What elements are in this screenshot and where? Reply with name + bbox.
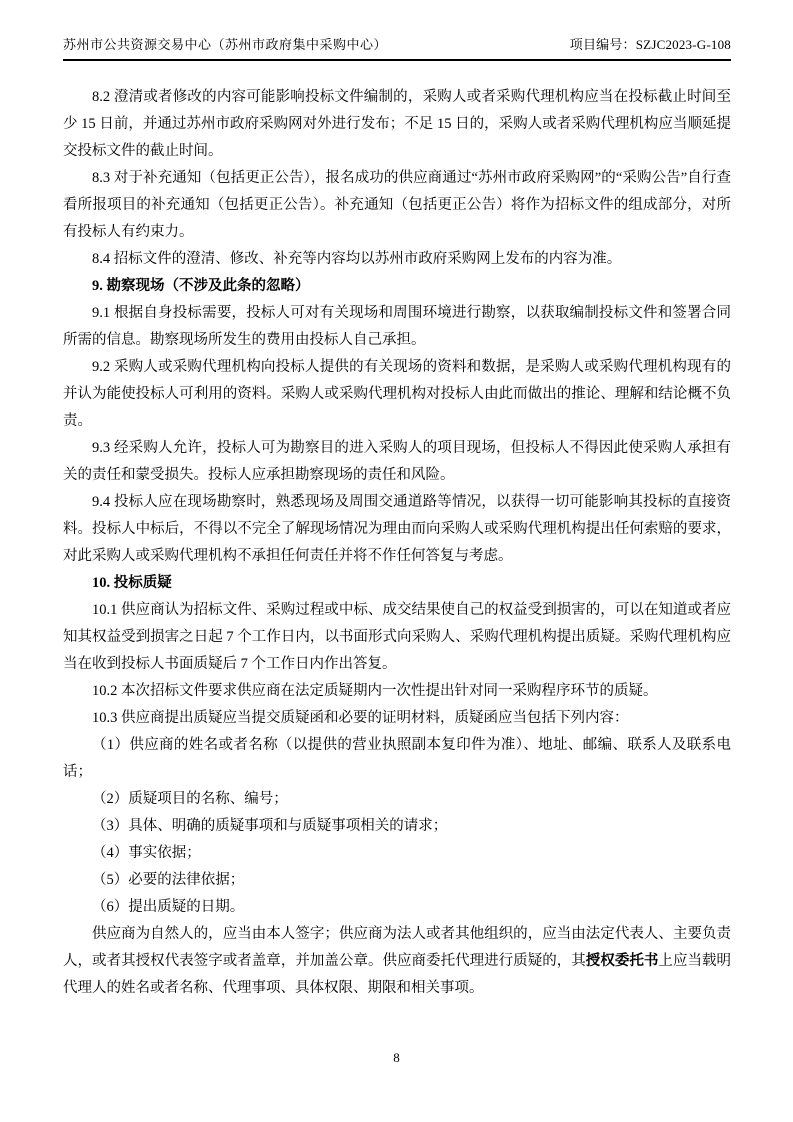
list-item-1: （1）供应商的姓名或者名称（以提供的营业执照副本复印件为准）、地址、邮编、联系人…: [63, 732, 731, 786]
section-heading-9: 9. 勘察现场（不涉及此条的忽略）: [63, 273, 731, 300]
document-page: 苏州市公共资源交易中心（苏州市政府集中采购中心） 项目编号：SZJC2023-G…: [0, 0, 793, 1122]
paragraph-9-4: 9.4 投标人应在现场勘察时，熟悉现场及周围交通道路等情况，以获得一切可能影响其…: [63, 489, 731, 570]
header-org-title: 苏州市公共资源交易中心（苏州市政府集中采购中心）: [63, 36, 387, 54]
paragraph-9-2: 9.2 采购人或采购代理机构向投标人提供的有关现场的资料和数据，是采购人或采购代…: [63, 354, 731, 435]
paragraph-9-3: 9.3 经采购人允许，投标人可为勘察目的进入采购人的项目现场，但投标人不得因此使…: [63, 435, 731, 489]
list-item-5: （5）必要的法律依据；: [63, 867, 731, 894]
page-footer: 8: [0, 1050, 793, 1066]
closing-paragraph: 供应商为自然人的，应当由本人签字；供应商为法人或者其他组织的，应当由法定代表人、…: [63, 921, 731, 1002]
section-heading-10: 10. 投标质疑: [63, 570, 731, 597]
list-item-2: （2）质疑项目的名称、编号；: [63, 786, 731, 813]
document-body: 8.2 澄清或者修改的内容可能影响投标文件编制的，采购人或者采购代理机构应当在投…: [63, 84, 731, 1002]
paragraph-10-2: 10.2 本次招标文件要求供应商在法定质疑期内一次性提出针对同一采购程序环节的质…: [63, 678, 731, 705]
list-item-6: （6）提出质疑的日期。: [63, 894, 731, 921]
paragraph-10-3: 10.3 供应商提出质疑应当提交质疑函和必要的证明材料，质疑函应当包括下列内容：: [63, 705, 731, 732]
paragraph-8-2: 8.2 澄清或者修改的内容可能影响投标文件编制的，采购人或者采购代理机构应当在投…: [63, 84, 731, 165]
closing-bold-term: 授权委托书: [586, 953, 659, 969]
paragraph-9-1: 9.1 根据自身投标需要，投标人可对有关现场和周围环境进行勘察，以获取编制投标文…: [63, 300, 731, 354]
paragraph-8-4: 8.4 招标文件的澄清、修改、补充等内容均以苏州市政府采购网上发布的内容为准。: [63, 246, 731, 273]
paragraph-8-3: 8.3 对于补充通知（包括更正公告），报名成功的供应商通过“苏州市政府采购网”的…: [63, 165, 731, 246]
page-number: 8: [393, 1050, 400, 1065]
header-project-number: 项目编号：SZJC2023-G-108: [570, 36, 731, 54]
list-item-4: （4）事实依据；: [63, 840, 731, 867]
page-header: 苏州市公共资源交易中心（苏州市政府集中采购中心） 项目编号：SZJC2023-G…: [63, 36, 731, 61]
list-item-3: （3）具体、明确的质疑事项和与质疑事项相关的请求；: [63, 813, 731, 840]
paragraph-10-1: 10.1 供应商认为招标文件、采购过程或中标、成交结果使自己的权益受到损害的，可…: [63, 597, 731, 678]
